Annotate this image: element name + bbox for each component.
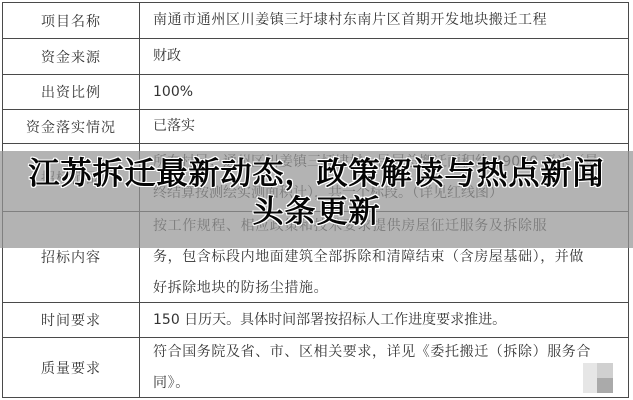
row-label: 项目名称 [3, 3, 140, 38]
table-row-funding-source: 资金来源 财政 [3, 39, 628, 75]
headline-line-2: 头条更新 [0, 193, 633, 231]
row-label: 资金落实情况 [3, 110, 140, 143]
table-row-project-name: 项目名称 南通市通州区川姜镇三圩埭村东南片区首期开发地块搬迁工程 [3, 3, 628, 39]
headline-line-1: 江苏拆迁最新动态，政策解读与热点新闻 [0, 155, 633, 193]
row-label: 质量要求 [3, 338, 140, 397]
row-value: 财政 [140, 39, 628, 74]
row-label: 出资比例 [3, 75, 140, 109]
watermark-icon [583, 363, 613, 393]
row-value-line: 符合国务院及省、市、区相关要求，详见《委托搬迁（拆除）服务合 [153, 337, 620, 368]
row-value: 南通市通州区川姜镇三圩埭村东南片区首期开发地块搬迁工程 [140, 3, 628, 38]
table-row-quality-requirement: 质量要求 符合国务院及省、市、区相关要求，详见《委托搬迁（拆除）服务合 同》。 [3, 338, 628, 398]
row-value: 已落实 [140, 110, 628, 143]
table-row-funding-status: 资金落实情况 已落实 [3, 110, 628, 144]
row-label: 资金来源 [3, 39, 140, 74]
row-value-line: 同》。 [153, 368, 620, 399]
row-value-line: 好拆除地块的防扬尘措施。 [153, 273, 620, 304]
row-value-line: 150 日历天。具体时间部署按招标人工作进度要求推进。 [153, 305, 620, 336]
row-value-line: 南通市通州区川姜镇三圩埭村东南片区首期开发地块搬迁工程 [153, 5, 620, 36]
row-value-line: 财政 [153, 41, 620, 72]
headline-title: 江苏拆迁最新动态，政策解读与热点新闻 头条更新 [0, 155, 633, 231]
table-row-funding-ratio: 出资比例 100% [3, 75, 628, 110]
row-value: 150 日历天。具体时间部署按招标人工作进度要求推进。 [140, 303, 628, 337]
table-row-time-requirement: 时间要求 150 日历天。具体时间部署按招标人工作进度要求推进。 [3, 303, 628, 338]
row-value: 100% [140, 75, 628, 109]
row-value-line: 已落实 [153, 111, 620, 142]
row-value: 符合国务院及省、市、区相关要求，详见《委托搬迁（拆除）服务合 同》。 [140, 338, 628, 397]
row-label: 时间要求 [3, 303, 140, 337]
row-value-line: 100% [153, 77, 620, 108]
